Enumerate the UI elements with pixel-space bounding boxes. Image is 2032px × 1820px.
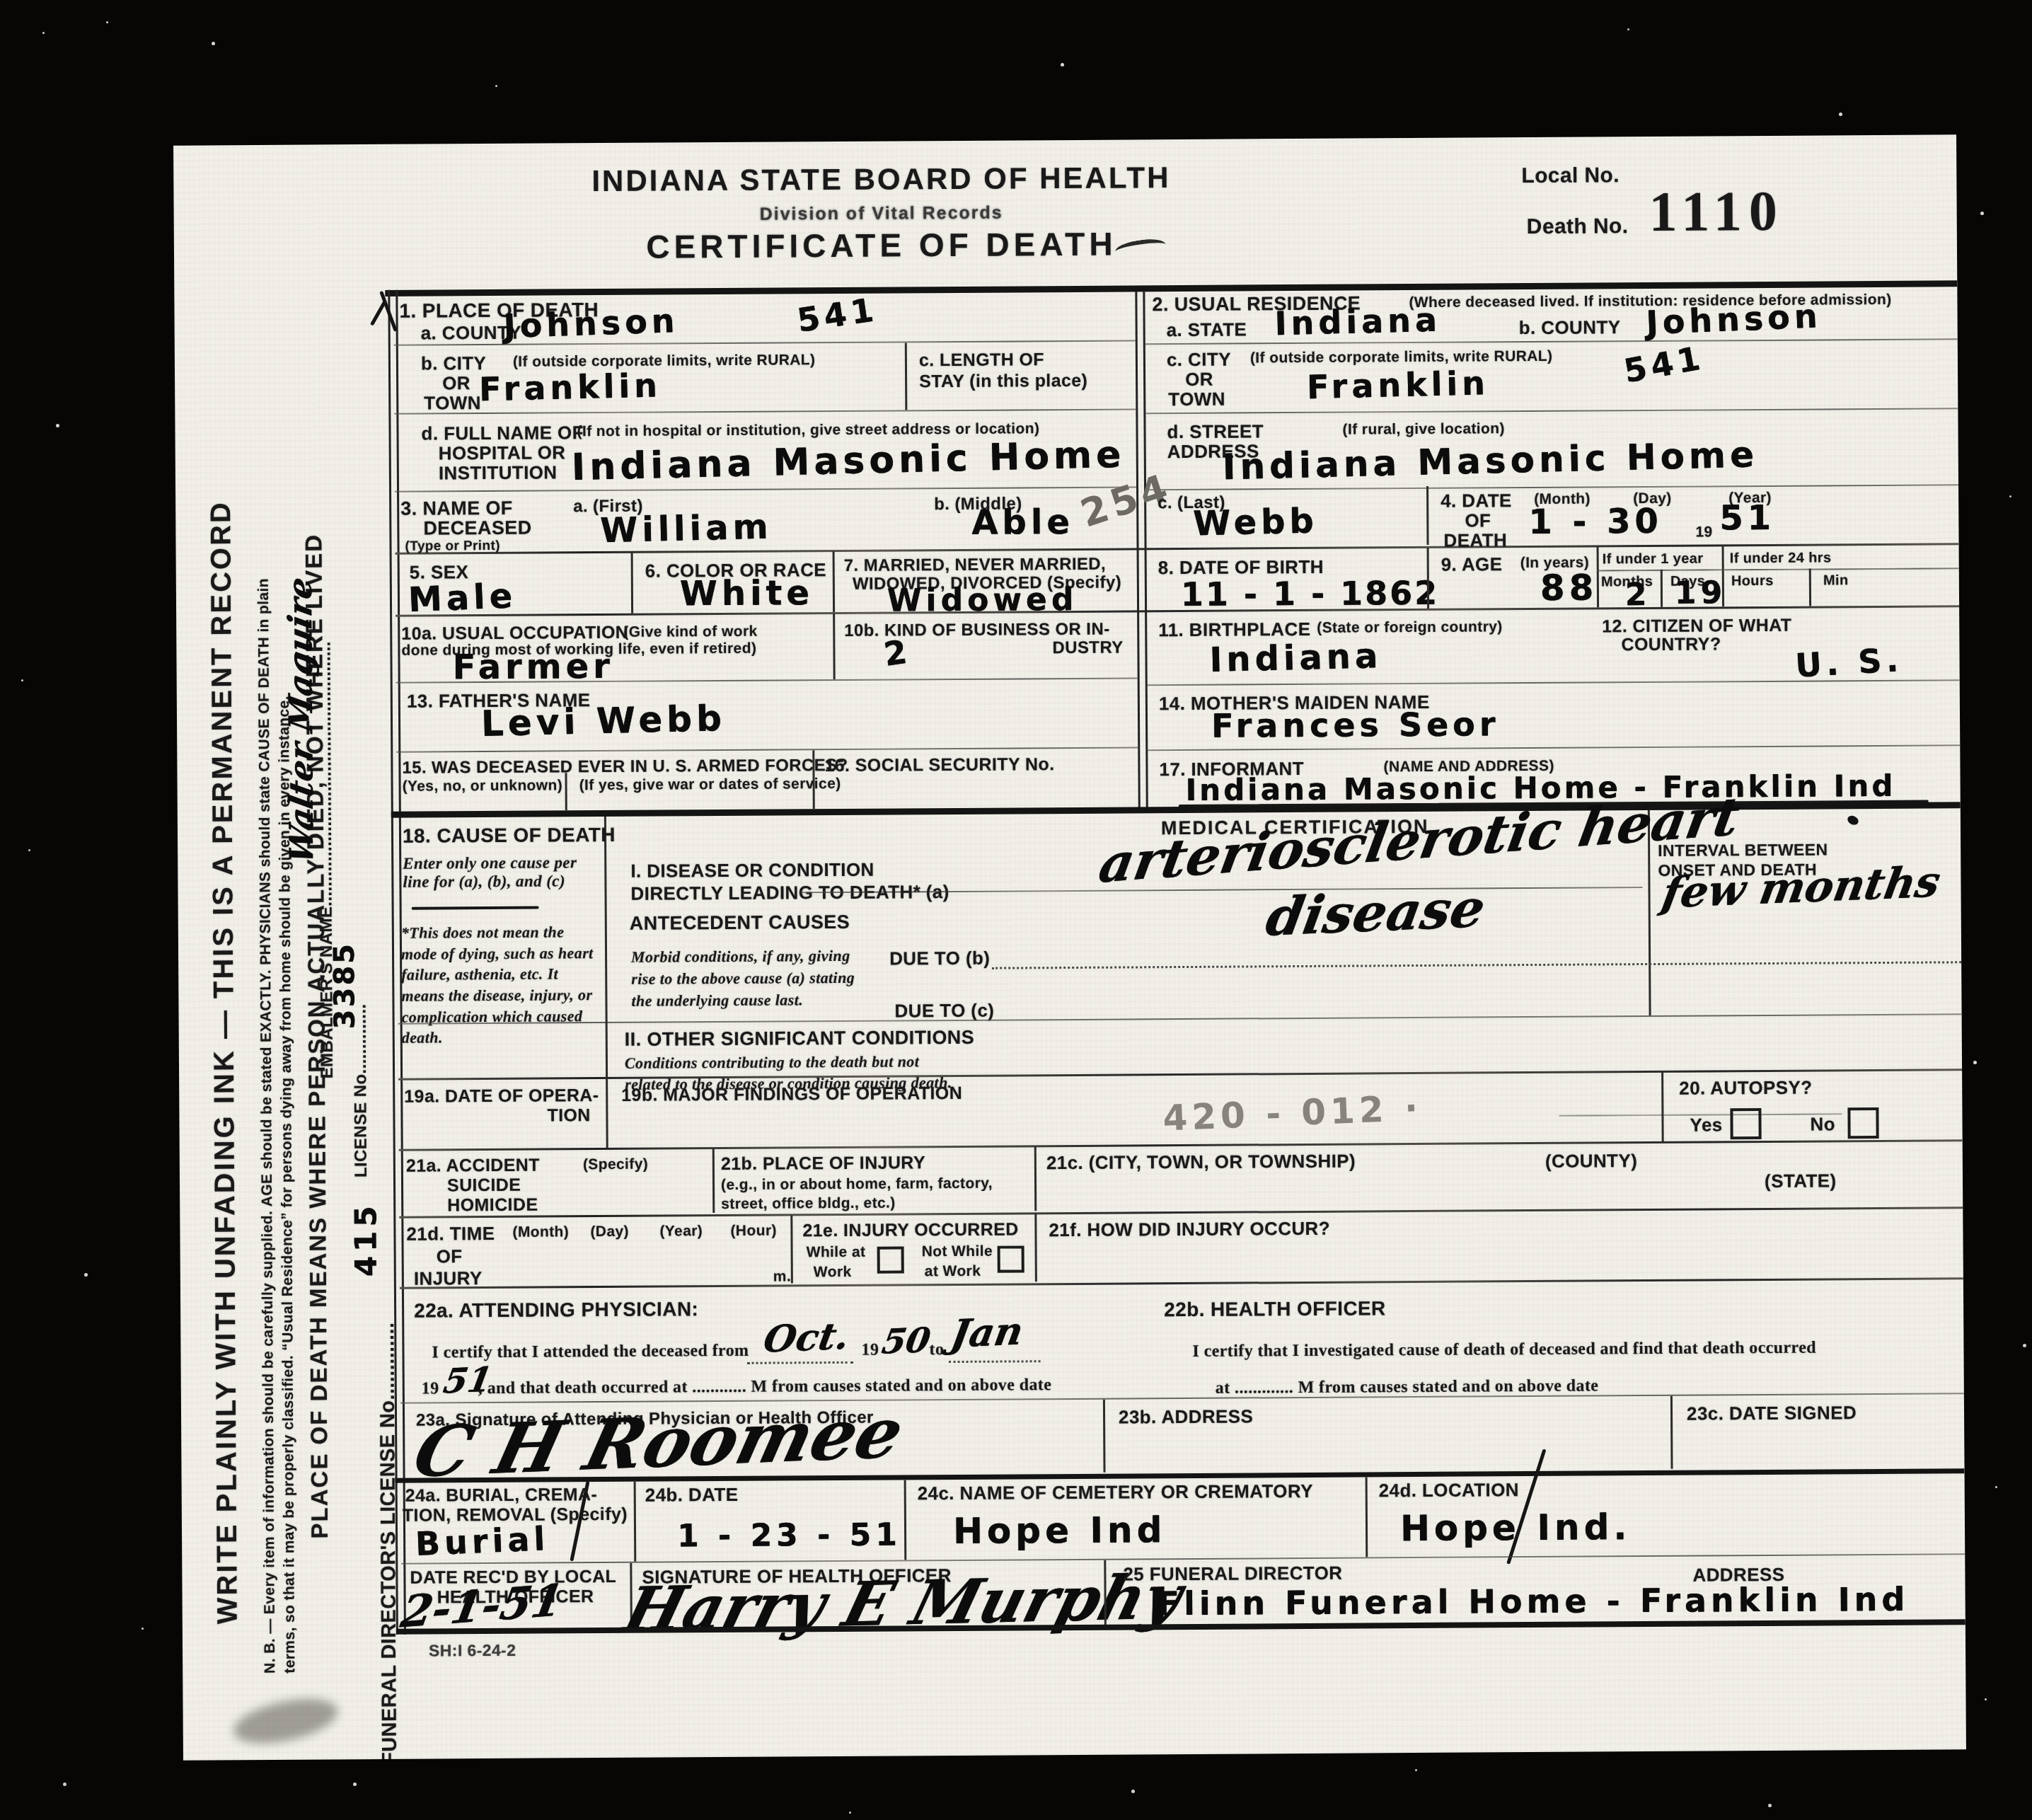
s11-value: Indiana (1209, 636, 1382, 680)
death-no-label: Death No. (1527, 214, 1629, 239)
row-line (396, 747, 1138, 752)
s21e-notwhile-checkbox (998, 1245, 1024, 1272)
s2b-county-label: b. COUNTY (1519, 316, 1621, 339)
s21e-while-checkbox (877, 1246, 904, 1273)
s15-s16-divider (812, 750, 815, 809)
s21a-label-3: HOMICIDE (447, 1195, 538, 1216)
s9-under1-subline (1597, 569, 1723, 571)
s2c-city-label-1: c. CITY (1167, 349, 1231, 372)
s24b-c-divider (904, 1480, 907, 1560)
s4-divider (1426, 486, 1429, 545)
s21e-notwhile-label-1: Not While (922, 1243, 993, 1261)
s22a-cert-line1: I certify that I attended the deceased f… (432, 1342, 749, 1363)
s6-s7-divider (833, 551, 836, 612)
s23a-b-divider (1103, 1400, 1106, 1473)
row-line (394, 408, 1136, 414)
death-certificate-number: 1110 (1649, 180, 1784, 245)
s22a-from-value: Oct. (761, 1315, 853, 1361)
s21b-label: 21b. PLACE OF INJURY (721, 1153, 925, 1175)
s2c-city-label-3: TOWN (1168, 388, 1225, 410)
row-line (1145, 338, 1958, 345)
s22b-label: 22b. HEALTH OFFICER (1164, 1297, 1386, 1321)
s21d-year-label: (Year) (659, 1223, 703, 1240)
s19-divider (606, 1078, 608, 1148)
row-line (1145, 408, 1958, 414)
s24c-label: 24c. NAME OF CEMETERY OR CREMATORY (918, 1480, 1313, 1504)
s18-p1-label-1: I. DISEASE OR CONDITION (630, 859, 874, 882)
s18-star-note: *This does not mean the mode of dying, s… (401, 921, 600, 1049)
s9-under24-divider (1722, 546, 1725, 606)
s10b-label-2: DUSTRY (1052, 638, 1123, 659)
s21d-label-2: OF (437, 1245, 463, 1267)
s21a-note: (Specify) (583, 1156, 648, 1174)
s24b-label: 24b. DATE (645, 1484, 739, 1507)
s21e-while-label-1: While at (807, 1244, 866, 1262)
s3-first-value: William (600, 507, 773, 551)
s25-funeral-director-value: Flinn Funeral Home - Franklin Ind (1158, 1580, 1910, 1623)
s24b-value: 1 - 23 - 51 (677, 1516, 901, 1554)
s20-autopsy-label: 20. AUTOPSY? (1679, 1077, 1812, 1100)
s21d-label-1: 21d. TIME (406, 1223, 495, 1245)
s4-label-3: DEATH (1443, 529, 1507, 552)
s2b-county-value: Johnson (1646, 296, 1823, 342)
s23c-label: 23c. DATE SIGNED (1687, 1402, 1857, 1424)
row-line (1148, 744, 1960, 751)
s9-days-value: 19 (1675, 575, 1727, 611)
s18-note-separator (412, 906, 539, 910)
s21a-label-1: 21a. ACCIDENT (406, 1156, 540, 1177)
s22a-to-blank (949, 1360, 1041, 1363)
s21c-label: 21c. (CITY, TOWN, OR TOWNSHIP) (1046, 1151, 1356, 1175)
s22a-from-blank (747, 1361, 853, 1364)
s4-date-value: 1 - 30 (1528, 502, 1663, 542)
s3-label-3: (Type or Print) (405, 538, 500, 555)
s20-yes-label: Yes (1690, 1114, 1722, 1136)
s19b-pencil-code: 420 - 012 · (1162, 1088, 1423, 1139)
s1c-length-label-1: c. LENGTH OF (919, 350, 1044, 371)
s24a-value: Burial (415, 1519, 550, 1563)
s21a-b-divider (712, 1148, 715, 1213)
s22a-cert-line2: , and that death occurred at ...........… (478, 1376, 1052, 1398)
s22a-to-label: to (929, 1340, 944, 1359)
s1d-hospital-label-3: INSTITUTION (439, 461, 558, 484)
s21d-month-label: (Month) (512, 1223, 569, 1240)
s20-yes-checkbox (1730, 1108, 1761, 1139)
s22a-year1-printed: 19 (861, 1341, 879, 1360)
s9-hours-label: Hours (1731, 573, 1774, 589)
s15-label: 15. WAS DECEASED EVER IN U. S. ARMED FOR… (402, 756, 848, 778)
s14-value: Frances Seor (1211, 705, 1500, 744)
s22b-cert-line1: I certify that I investigated cause of d… (1192, 1339, 1816, 1361)
s21e-notwhile-label-2: at Work (925, 1263, 981, 1280)
s2d-street-label-1: d. STREET (1167, 420, 1264, 443)
s24a-label-1: 24a. BURIAL, CREMA- (405, 1485, 598, 1507)
s21e-label: 21e. INJURY OCCURRED (802, 1219, 1018, 1241)
pen-mark (370, 299, 387, 326)
s6-value: White (680, 573, 814, 614)
s1a-county-value: Johnson (503, 301, 680, 345)
s2d-street-note: (If rural, give location) (1342, 420, 1505, 438)
s9-label: 9. AGE (1441, 553, 1503, 576)
s9-months-value: 2 (1625, 577, 1651, 613)
s8-s9-divider (1427, 548, 1430, 609)
s8-value: 11 - 1 - 1862 (1181, 574, 1440, 614)
ink-blot (1846, 814, 1859, 827)
s2c-city-label-2: OR (1185, 369, 1213, 391)
s9-value: 88 (1540, 567, 1598, 608)
s2a-state-label: a. STATE (1167, 318, 1247, 341)
s4-year-printed: 19 (1695, 524, 1712, 541)
s10a-value: Farmer (452, 647, 614, 687)
document-title: CERTIFICATE OF DEATH (584, 224, 1179, 266)
due-to-b-label: DUE TO (b) (889, 948, 990, 970)
s4-label-1: 4. DATE (1441, 490, 1512, 512)
s25-funeral-director-label: 25 FUNERAL DIRECTOR (1123, 1562, 1342, 1586)
s24c-d-divider (1366, 1477, 1368, 1557)
s24c-value: Hope Ind (953, 1509, 1167, 1552)
s1b-city-label-2: OR (442, 372, 471, 394)
s2a-state-value: Indiana (1274, 301, 1442, 343)
s21c-county-label: (COUNTY) (1545, 1150, 1637, 1173)
s20-no-checkbox (1847, 1107, 1878, 1139)
due-to-b-blank (992, 961, 1961, 969)
row-line (399, 1139, 1963, 1151)
s18-p1-label-2: DIRECTLY LEADING TO DEATH* (a) (630, 881, 949, 905)
s13-value: Levi Webb (480, 698, 726, 744)
antecedent-causes-label: ANTECEDENT CAUSES (630, 911, 850, 935)
s22a-year2-printed: 19 (422, 1379, 439, 1398)
row-line (399, 1206, 1963, 1219)
row-line (400, 1277, 1963, 1289)
s15-inner-divider (565, 773, 567, 810)
form-code: SH:I 6-24-2 (429, 1641, 516, 1661)
s21c-state-label: (STATE) (1765, 1170, 1837, 1192)
morbid-note: Morbid conditions, if any, giving rise t… (631, 945, 876, 1012)
margin-license-no-label: LICENSE No.............. (350, 859, 371, 1177)
s21d-e-divider (790, 1215, 793, 1283)
s23b-c-divider (1670, 1396, 1673, 1469)
s19a-label-2: TION (547, 1105, 591, 1126)
s16-label: 16. SOCIAL SECURITY No. (824, 754, 1054, 776)
scan-smudge (230, 1691, 342, 1751)
s21e-while-label-2: Work (814, 1264, 852, 1281)
s21b-note: (e.g., in or about home, farm, factory, … (721, 1173, 1025, 1214)
s24d-label: 24d. LOCATION (1379, 1479, 1519, 1502)
s21d-day-label: (Day) (590, 1223, 629, 1240)
s19a-label-1: 19a. DATE OF OPERA- (404, 1085, 599, 1107)
s1d-hospital-value: Indiana Masonic Home (571, 434, 1126, 489)
s18-p2-label: II. OTHER SIGNIFICANT CONDITIONS (625, 1027, 974, 1051)
s1b-city-value: Franklin (479, 366, 662, 408)
s25-sig-fd-divider (1104, 1560, 1107, 1626)
s9-hours-min-divider (1809, 569, 1811, 606)
s1c-length-label-2: STAY (in this place) (919, 371, 1087, 392)
s22a-year1-value: 50 (879, 1320, 933, 1362)
s2c-city-code: 541 (1621, 338, 1707, 391)
s5-value: Male (408, 576, 517, 620)
agency-name: INDIANA STATE BOARD OF HEALTH (584, 161, 1178, 198)
s3-last-value: Webb (1193, 501, 1319, 543)
s7-value: Widowed (887, 582, 1078, 619)
margin-permanent-record-text: WRITE PLAINLY WITH UNFADING INK — THIS I… (204, 280, 244, 1624)
s9-under24-subline (1722, 568, 1959, 570)
s4-year-value: 51 (1719, 498, 1775, 538)
s21a-label-2: SUICIDE (447, 1175, 521, 1197)
s18-enter-note: Enter only one cause per line for (a), (… (403, 853, 590, 892)
s12-value: U. S. (1794, 640, 1903, 685)
s24a-b-divider (634, 1482, 637, 1562)
s20-no-label: No (1810, 1113, 1835, 1135)
s3-middle-value: Able (971, 502, 1074, 543)
s9-under24-label: If under 24 hrs (1730, 550, 1832, 567)
local-no-label: Local No. (1521, 163, 1620, 188)
s18-title: 18. CAUSE OF DEATH (403, 824, 616, 848)
s10b-value: 2 (882, 632, 913, 674)
s12-label-2: COUNTRY? (1621, 634, 1721, 655)
s21d-hour-label: (Hour) (730, 1223, 777, 1240)
s9-under1-label: If under 1 year (1603, 551, 1704, 568)
s1b-city-label-1: b. CITY (421, 352, 487, 375)
s23b-label: 23b. ADDRESS (1119, 1405, 1253, 1428)
s10a-note-1: (Give kind of work (623, 623, 757, 641)
s15-note-1: (Yes, no, or unknown) (403, 777, 563, 795)
division-name: Division of Vital Records (584, 202, 1179, 226)
s9-under1-divider (1597, 546, 1600, 607)
s19b-label: 19b. MAJOR FINDINGS OF OPERATION (621, 1083, 962, 1106)
s1b-city-label-3: TOWN (424, 392, 481, 414)
s15-note-2: (If yes, give war or dates of service) (579, 776, 841, 794)
row-line (395, 486, 1136, 492)
s5-s6-divider (631, 553, 634, 614)
s9-min-label: Min (1823, 572, 1849, 589)
scan-noise-specks (42, 32, 45, 34)
certificate-paper: WRITE PLAINLY WITH UNFADING INK — THIS I… (173, 134, 1966, 1760)
s1a-county-code: 541 (795, 290, 880, 340)
s11-note: (State or foreign country) (1317, 618, 1503, 637)
s4-label-2: OF (1465, 509, 1491, 531)
s3-label-2: DECEASED (423, 517, 531, 540)
scan-background: WRITE PLAINLY WITH UNFADING INK — THIS I… (0, 0, 2032, 1820)
s22a-label: 22a. ATTENDING PHYSICIAN: (414, 1298, 698, 1322)
margin-embalmer-name-label: EMBALMER'S NAME.........................… (313, 406, 337, 1078)
s21f-label: 21f. HOW DID INJURY OCCUR? (1049, 1218, 1330, 1241)
s22a-to-value: Jan (948, 1308, 1027, 1357)
s21d-meridiem: m. (773, 1268, 791, 1285)
s10-divider (833, 614, 836, 679)
due-to-c-line (398, 1013, 1962, 1025)
s9-months-days-divider (1661, 570, 1663, 607)
s1c-divider (905, 342, 908, 410)
s2d-street-value: Indiana Masonic Home (1222, 434, 1758, 488)
s18-left-col-divider (604, 817, 608, 1078)
s21b-c-divider (1034, 1146, 1037, 1211)
due-to-c-label: DUE TO (c) (894, 1000, 994, 1023)
s20-divider (1661, 1072, 1664, 1141)
s2c-city-note: (If outside corporate limits, write RURA… (1250, 348, 1553, 367)
s2c-city-value: Franklin (1307, 364, 1490, 406)
s21e-f-divider (1034, 1214, 1037, 1282)
